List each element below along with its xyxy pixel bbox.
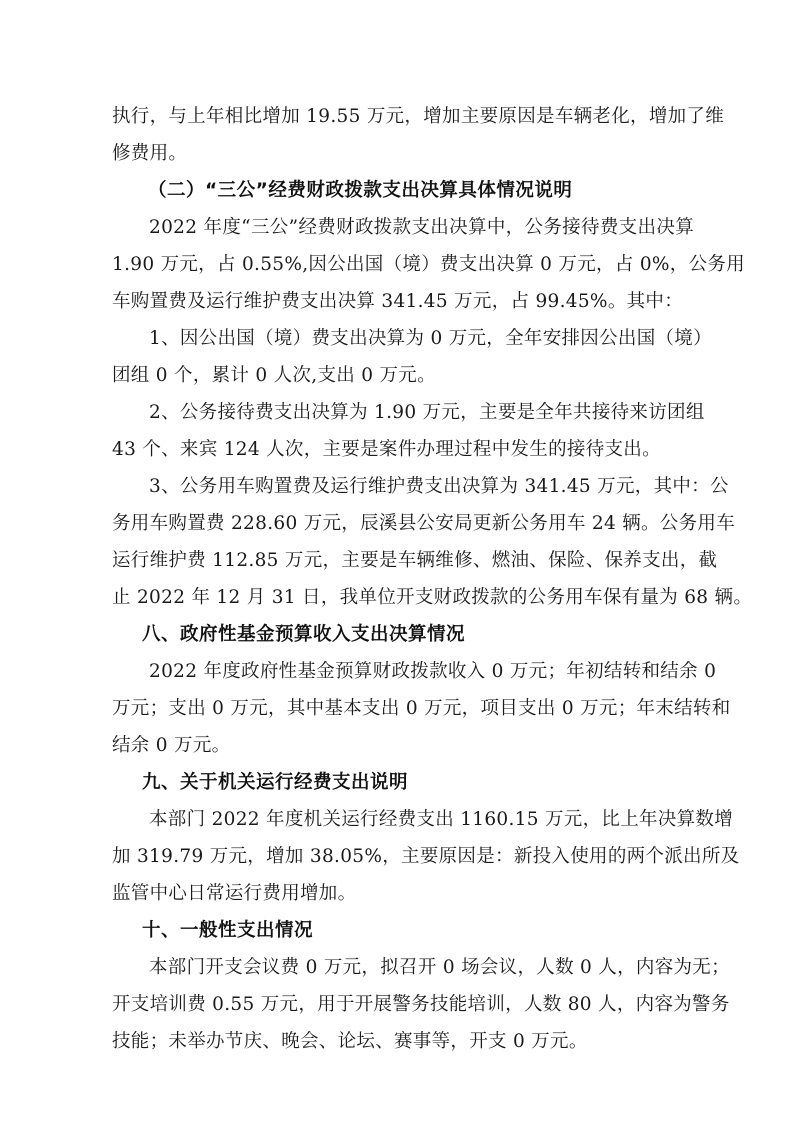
heading-general-expenses: 十、一般性支出情况 [112, 912, 694, 949]
paragraph-official-reception: 2、公务接待费支出决算为 1.90 万元，主要是全年共接待来访团组 43 个、来… [112, 394, 694, 468]
paragraph-overseas-travel: 1、因公出国（境）费支出决算为 0 万元，全年安排因公出国（境） 团组 0 个，… [112, 320, 694, 394]
text-line: 监管中心日常运行费用增加。 [112, 875, 694, 912]
document-page: 执行，与上年相比增加 19.55 万元，增加主要原因是车辆老化，增加了维 修费用… [112, 98, 694, 1060]
text-line: 2022 年度政府性基金预算财政拨款收入 0 万元；年初结转和结余 0 [112, 653, 694, 690]
text-line: 车购置费及运行维护费支出决算 341.45 万元，占 99.45%。其中： [112, 283, 694, 320]
text-line: 务用车购置费 228.60 万元，辰溪县公安局更新公务用车 24 辆。公务用车 [112, 505, 694, 542]
paragraph-government-fund: 2022 年度政府性基金预算财政拨款收入 0 万元；年初结转和结余 0 万元；支… [112, 653, 694, 764]
heading-government-fund-budget: 八、政府性基金预算收入支出决算情况 [112, 616, 694, 653]
subheading-three-public-expenses: （二）“三公”经费财政拨款支出决算具体情况说明 [112, 172, 694, 209]
text-line: 运行维护费 112.85 万元，主要是车辆维修、燃油、保险、保养支出，截 [112, 542, 694, 579]
text-line: 1.90 万元，占 0.55%,因公出国（境）费支出决算 0 万元，占 0%，公… [112, 246, 694, 283]
text-line: 加 319.79 万元，增加 38.05%，主要原因是：新投入使用的两个派出所及 [112, 838, 694, 875]
text-line: 2、公务接待费支出决算为 1.90 万元，主要是全年共接待来访团组 [112, 394, 694, 431]
text-line: 技能；未举办节庆、晚会、论坛、赛事等，开支 0 万元。 [112, 1023, 694, 1060]
text-line: 2022 年度“三公”经费财政拨款支出决算中，公务接待费支出决算 [112, 209, 694, 246]
text-line: 万元；支出 0 万元，其中基本支出 0 万元，项目支出 0 万元；年末结转和 [112, 690, 694, 727]
heading-operating-expenses: 九、关于机关运行经费支出说明 [112, 764, 694, 801]
text-line: 止 2022 年 12 月 31 日，我单位开支财政拨款的公务用车保有量为 68… [112, 579, 694, 616]
paragraph-general-expenses: 本部门开支会议费 0 万元，拟召开 0 场会议，人数 0 人，内容为无； 开支培… [112, 949, 694, 1060]
text-line: 43 个、来宾 124 人次，主要是案件办理过程中发生的接待支出。 [112, 431, 694, 468]
text-line: 本部门 2022 年度机关运行经费支出 1160.15 万元，比上年决算数增 [112, 801, 694, 838]
text-line: 团组 0 个，累计 0 人次,支出 0 万元。 [112, 357, 694, 394]
paragraph-official-vehicles: 3、公务用车购置费及运行维护费支出决算为 341.45 万元，其中：公 务用车购… [112, 468, 694, 616]
paragraph-operating-expenses: 本部门 2022 年度机关运行经费支出 1160.15 万元，比上年决算数增 加… [112, 801, 694, 912]
text-line: 修费用。 [112, 135, 694, 172]
text-line: 3、公务用车购置费及运行维护费支出决算为 341.45 万元，其中：公 [112, 468, 694, 505]
text-line: 本部门开支会议费 0 万元，拟召开 0 场会议，人数 0 人，内容为无； [112, 949, 694, 986]
text-line: 1、因公出国（境）费支出决算为 0 万元，全年安排因公出国（境） [112, 320, 694, 357]
paragraph-three-public-summary: 2022 年度“三公”经费财政拨款支出决算中，公务接待费支出决算 1.90 万元… [112, 209, 694, 320]
text-line: 执行，与上年相比增加 19.55 万元，增加主要原因是车辆老化，增加了维 [112, 98, 694, 135]
paragraph-vehicle-maintenance-continuation: 执行，与上年相比增加 19.55 万元，增加主要原因是车辆老化，增加了维 修费用… [112, 98, 694, 172]
text-line: 开支培训费 0.55 万元，用于开展警务技能培训，人数 80 人，内容为警务 [112, 986, 694, 1023]
text-line: 结余 0 万元。 [112, 727, 694, 764]
